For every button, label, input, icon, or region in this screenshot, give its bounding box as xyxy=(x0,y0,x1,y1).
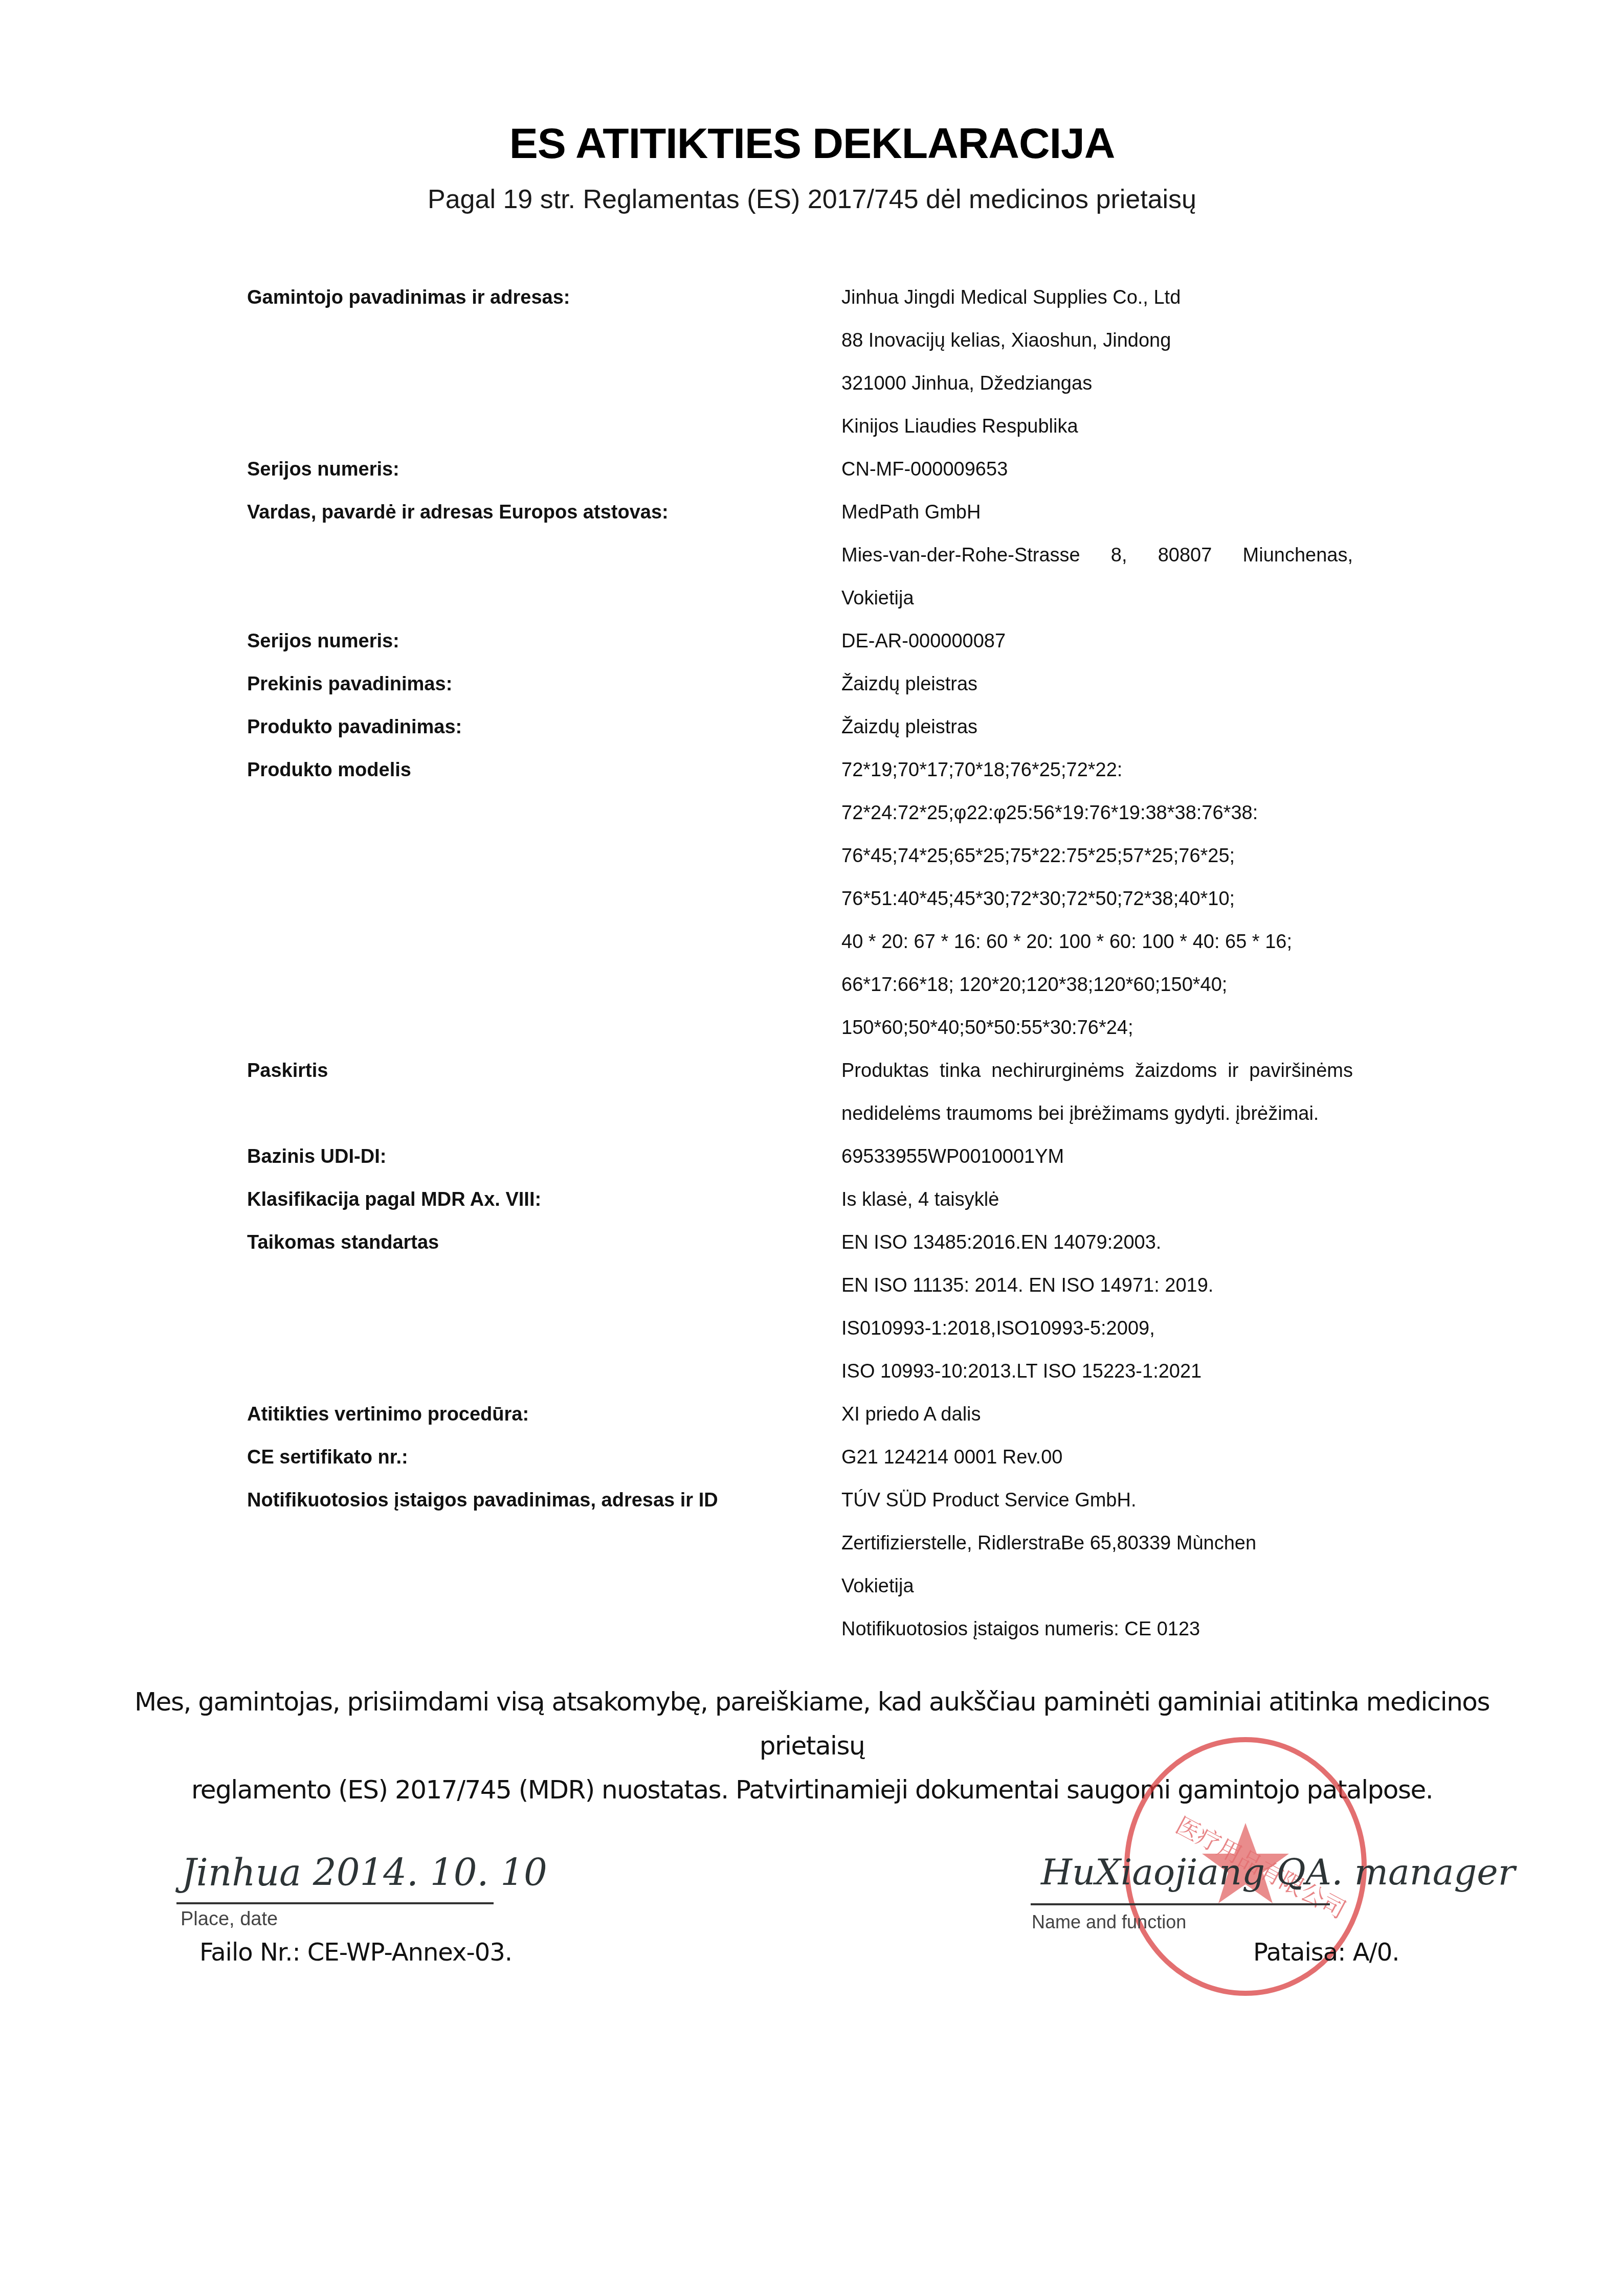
row-values: 69533955WP0010001YM xyxy=(841,1135,1353,1178)
row-value-line: 69533955WP0010001YM xyxy=(841,1135,1353,1178)
row-label: Klasifikacija pagal MDR Ax. VIII: xyxy=(247,1178,841,1221)
declaration-row: CE sertifikato nr.:G21 124214 0001 Rev.0… xyxy=(247,1436,1357,1479)
declaration-row: Gamintojo pavadinimas ir adresas:Jinhua … xyxy=(247,276,1357,448)
row-value-line: Vokietija xyxy=(841,577,1353,620)
row-value-line: Produktas tinka nechirurginėms žaizdoms … xyxy=(841,1049,1353,1092)
row-label: Atitikties vertinimo procedūra: xyxy=(247,1393,841,1436)
row-label: Notifikuotosios įstaigos pavadinimas, ad… xyxy=(247,1479,841,1651)
file-number: Failo Nr.: CE-WP-Annex-03. xyxy=(199,1938,512,1967)
name-function-signature: HuXiaojiang QA. manager Name and functio… xyxy=(1031,1846,1389,1928)
row-value-line: 40 * 20: 67 * 16: 60 * 20: 100 * 60: 100… xyxy=(841,920,1353,963)
row-value-line: Notifikuotosios įstaigos numeris: CE 012… xyxy=(841,1608,1353,1651)
declaration-row: Produkto pavadinimas:Žaizdų pleistras xyxy=(247,706,1357,749)
row-values: EN ISO 13485:2016.EN 14079:2003.EN ISO 1… xyxy=(841,1221,1353,1393)
row-label: Prekinis pavadinimas: xyxy=(247,663,841,706)
row-value-line: G21 124214 0001 Rev.00 xyxy=(841,1436,1353,1479)
row-value-line: 88 Inovacijų kelias, Xiaoshun, Jindong xyxy=(841,319,1353,362)
place-date-handwriting: Jinhua 2014. 10. 10 xyxy=(182,1851,547,1894)
row-value-line: nedidelėms traumoms bei įbrėžimams gydyt… xyxy=(841,1092,1353,1135)
row-label: Vardas, pavardė ir adresas Europos atsto… xyxy=(247,491,841,620)
row-value-line: MedPath GmbH xyxy=(841,491,1353,534)
row-value-line: 321000 Jinhua, Džedziangas xyxy=(841,362,1353,405)
row-value-line: Is klasė, 4 taisyklė xyxy=(841,1178,1353,1221)
row-value-line: 150*60;50*40;50*50:55*30:76*24; xyxy=(841,1006,1353,1049)
row-value-line: Jinhua Jingdi Medical Supplies Co., Ltd xyxy=(841,276,1353,319)
name-function-handwriting: HuXiaojiang QA. manager xyxy=(1041,1851,1515,1893)
row-label: Taikomas standartas xyxy=(247,1221,841,1393)
declaration-row: Atitikties vertinimo procedūra:XI priedo… xyxy=(247,1393,1357,1436)
row-value-line: EN ISO 11135: 2014. EN ISO 14971: 2019. xyxy=(841,1264,1353,1307)
row-values: Jinhua Jingdi Medical Supplies Co., Ltd8… xyxy=(841,276,1353,448)
row-value-line: XI priedo A dalis xyxy=(841,1393,1353,1436)
row-values: TÚV SÜD Product Service GmbH.Zertifizier… xyxy=(841,1479,1353,1651)
row-value-line: Vokietija xyxy=(841,1565,1353,1608)
document-subtitle: Pagal 19 str. Reglamentas (ES) 2017/745 … xyxy=(0,184,1624,215)
declaration-row: Serijos numeris:DE-AR-000000087 xyxy=(247,620,1357,663)
row-value-line: 72*24:72*25;φ22:φ25:56*19:76*19:38*38:76… xyxy=(841,792,1353,835)
place-date-signature: Jinhua 2014. 10. 10 Place, date xyxy=(176,1841,494,1923)
row-values: Žaizdų pleistras xyxy=(841,706,1353,749)
signature-line xyxy=(1031,1903,1330,1905)
row-value-line: Žaizdų pleistras xyxy=(841,663,1353,706)
row-value-line: 76*51:40*45;45*30;72*30;72*50;72*38;40*1… xyxy=(841,877,1353,920)
row-value-line: Žaizdų pleistras xyxy=(841,706,1353,749)
row-value-line: EN ISO 13485:2016.EN 14079:2003. xyxy=(841,1221,1353,1264)
row-values: MedPath GmbHMies-van-der-Rohe-Strasse 8,… xyxy=(841,491,1353,620)
row-value-line: Mies-van-der-Rohe-Strasse 8, 80807 Miunc… xyxy=(841,534,1353,577)
declaration-row: Klasifikacija pagal MDR Ax. VIII:Is klas… xyxy=(247,1178,1357,1221)
declaration-row: Vardas, pavardė ir adresas Europos atsto… xyxy=(247,491,1357,620)
declaration-row: Serijos numeris:CN-MF-000009653 xyxy=(247,448,1357,491)
declaration-row: Taikomas standartasEN ISO 13485:2016.EN … xyxy=(247,1221,1357,1393)
row-value-line: IS010993-1:2018,ISO10993-5:2009, xyxy=(841,1307,1353,1350)
row-value-line: TÚV SÜD Product Service GmbH. xyxy=(841,1479,1353,1522)
row-values: Is klasė, 4 taisyklė xyxy=(841,1178,1353,1221)
row-values: G21 124214 0001 Rev.00 xyxy=(841,1436,1353,1479)
row-label: Gamintojo pavadinimas ir adresas: xyxy=(247,276,841,448)
row-label: Serijos numeris: xyxy=(247,448,841,491)
declaration-row: Produkto modelis72*19;70*17;70*18;76*25;… xyxy=(247,749,1357,1049)
row-values: Produktas tinka nechirurginėms žaizdoms … xyxy=(841,1049,1353,1135)
declaration-row: Prekinis pavadinimas:Žaizdų pleistras xyxy=(247,663,1357,706)
row-value-line: ISO 10993-10:2013.LT ISO 15223-1:2021 xyxy=(841,1350,1353,1393)
row-values: XI priedo A dalis xyxy=(841,1393,1353,1436)
row-value-line: Kinijos Liaudies Respublika xyxy=(841,405,1353,448)
row-values: 72*19;70*17;70*18;76*25;72*22:72*24:72*2… xyxy=(841,749,1353,1049)
row-value-line: Zertifizierstelle, RidlerstraBe 65,80339… xyxy=(841,1522,1353,1565)
row-label: CE sertifikato nr.: xyxy=(247,1436,841,1479)
row-value-line: 76*45;74*25;65*25;75*22:75*25;57*25;76*2… xyxy=(841,835,1353,877)
row-value-line: DE-AR-000000087 xyxy=(841,620,1353,663)
declaration-row: Bazinis UDI-DI:69533955WP0010001YM xyxy=(247,1135,1357,1178)
row-value-line: CN-MF-000009653 xyxy=(841,448,1353,491)
row-label: Paskirtis xyxy=(247,1049,841,1135)
row-value-line: 72*19;70*17;70*18;76*25;72*22: xyxy=(841,749,1353,792)
row-label: Produkto modelis xyxy=(247,749,841,1049)
revision-number: Pataisa: A/0. xyxy=(1253,1938,1399,1967)
document-title: ES ATITIKTIES DEKLARACIJA xyxy=(0,119,1624,168)
row-values: CN-MF-000009653 xyxy=(841,448,1353,491)
row-value-line: 66*17:66*18; 120*20;120*38;120*60;150*40… xyxy=(841,963,1353,1006)
row-label: Produkto pavadinimas: xyxy=(247,706,841,749)
row-label: Bazinis UDI-DI: xyxy=(247,1135,841,1178)
declaration-row: PaskirtisProduktas tinka nechirurginėms … xyxy=(247,1049,1357,1135)
place-date-caption: Place, date xyxy=(181,1908,278,1930)
row-values: Žaizdų pleistras xyxy=(841,663,1353,706)
row-values: DE-AR-000000087 xyxy=(841,620,1353,663)
row-label: Serijos numeris: xyxy=(247,620,841,663)
name-function-caption: Name and function xyxy=(1032,1911,1186,1933)
declaration-row: Notifikuotosios įstaigos pavadinimas, ad… xyxy=(247,1479,1357,1651)
declaration-table: Gamintojo pavadinimas ir adresas:Jinhua … xyxy=(247,276,1357,1651)
signature-line xyxy=(176,1902,494,1904)
